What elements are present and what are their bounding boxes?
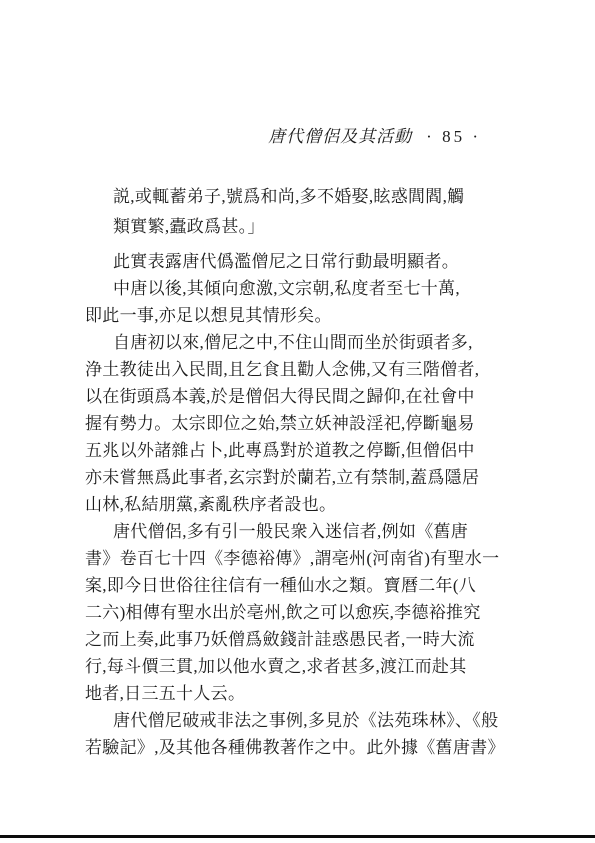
book-page: 唐代僧侶及其活動· 85 · 説,或輒蓄弟子,號爲和尚,多不婚娶,眩惑閭閻,觸 …	[0, 0, 595, 843]
body-line: 案,即今日世俗往往信有一種仙水之類。寶曆二年(八	[85, 572, 517, 599]
quote-line: 説,或輒蓄弟子,號爲和尚,多不婚娶,眩惑閭閻,觸	[113, 182, 517, 212]
body-line: 握有勢力。太宗即位之始,禁立妖神設淫祀,停斷龜易	[85, 410, 517, 437]
running-header-title: 唐代僧侶及其活動	[268, 127, 412, 146]
body-line: 自唐初以來,僧尼之中,不住山間而坐於街頭者多,	[85, 329, 517, 356]
page-number: · 85 ·	[426, 127, 481, 146]
body-line: 二六)相傳有聖水出於亳州,飲之可以愈疾,李德裕推究	[85, 599, 517, 626]
body-line: 五兆以外諸雜占卜,此專爲對於道教之停斷,但僧侶中	[85, 437, 517, 464]
body-line: 唐代僧尼破戒非法之事例,多見於《法苑珠林》、《般	[85, 707, 517, 734]
page-bottom-scan-edge	[0, 835, 595, 838]
body-line: 書》卷百七十四《李德裕傳》,謂亳州(河南省)有聖水一	[85, 545, 517, 572]
body-line: 唐代僧侶,多有引一般民衆入迷信者,例如《舊唐	[85, 518, 517, 545]
quote-block: 説,或輒蓄弟子,號爲和尚,多不婚娶,眩惑閭閻,觸 類實繁,蠹政爲甚。」	[113, 182, 517, 242]
body-line: 中唐以後,其傾向愈激,文宗朝,私度者至七十萬,	[85, 275, 517, 302]
body-line: 之而上奏,此事乃妖僧爲斂錢計詿惑愚民者,一時大流	[85, 626, 517, 653]
paragraph: 中唐以後,其傾向愈激,文宗朝,私度者至七十萬, 即此一事,亦足以想見其情形矣。	[85, 275, 517, 329]
body-line: 山林,私結朋黨,紊亂秩序者設也。	[85, 491, 517, 518]
body-line: 即此一事,亦足以想見其情形矣。	[85, 302, 517, 329]
paragraph: 唐代僧尼破戒非法之事例,多見於《法苑珠林》、《般 若驗記》,及其他各種佛教著作之…	[85, 707, 517, 761]
body-text: 此實表露唐代僞濫僧尼之日常行動最明顯者。 中唐以後,其傾向愈激,文宗朝,私度者至…	[85, 248, 517, 761]
quote-line: 類實繁,蠹政爲甚。」	[113, 212, 517, 242]
body-line: 地者,日三五十人云。	[85, 680, 517, 707]
body-line: 行,每斗價三貫,加以他水賣之,求者甚多,渡江而赴其	[85, 653, 517, 680]
body-line: 亦未嘗無爲此事者,玄宗對於蘭若,立有禁制,蓋爲隱居	[85, 464, 517, 491]
body-line: 此實表露唐代僞濫僧尼之日常行動最明顯者。	[85, 248, 517, 275]
running-header: 唐代僧侶及其活動· 85 ·	[0, 122, 481, 147]
body-line: 若驗記》,及其他各種佛教著作之中。此外據《舊唐書》	[85, 734, 517, 761]
body-line: 以在街頭爲本義,於是僧侶大得民間之歸仰,在社會中	[85, 383, 517, 410]
paragraph: 此實表露唐代僞濫僧尼之日常行動最明顯者。	[85, 248, 517, 275]
paragraph: 唐代僧侶,多有引一般民衆入迷信者,例如《舊唐 書》卷百七十四《李德裕傳》,謂亳州…	[85, 518, 517, 707]
paragraph: 自唐初以來,僧尼之中,不住山間而坐於街頭者多, 浄土教徒出入民間,且乞食且勸人念…	[85, 329, 517, 518]
body-line: 浄土教徒出入民間,且乞食且勸人念佛,又有三階僧者,	[85, 356, 517, 383]
